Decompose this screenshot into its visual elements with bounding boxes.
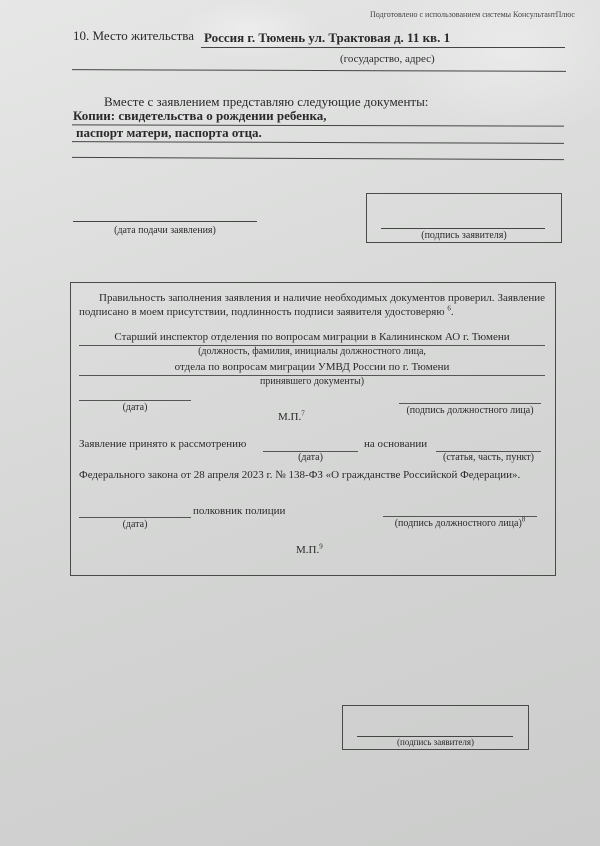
final-signature-caption: (подпись заявителя) — [343, 737, 528, 747]
position-value[interactable]: Старший инспектор отделения по вопросам … — [79, 331, 545, 343]
final-signature-box[interactable]: (подпись заявителя) — [342, 705, 529, 750]
date-line-2[interactable] — [79, 517, 191, 518]
residence-label: 10. Место жительства — [73, 28, 194, 44]
stamp-1: М.П.7 — [278, 411, 305, 423]
documents-line-2[interactable]: паспорт матери, паспорта отца. — [76, 125, 262, 141]
submission-date-line[interactable] — [73, 221, 257, 222]
applicant-signature-box[interactable]: (подпись заявителя) — [366, 193, 562, 243]
residence-caption: (государство, адрес) — [340, 53, 435, 65]
applicant-signature-caption: (подпись заявителя) — [367, 230, 561, 241]
verification-text: Правильность заполнения заявления и нали… — [79, 291, 545, 319]
documents-underline-2 — [72, 141, 564, 144]
official-signature-caption-2: (подпись должностного лица)8 — [383, 518, 537, 529]
documents-underline-3 — [72, 157, 564, 160]
applicant-signature-line — [381, 228, 545, 229]
basis-caption: (статья, часть, пункт) — [431, 452, 546, 463]
watermark: Подготовлено с использованием системы Ко… — [370, 10, 575, 19]
date-line-1[interactable] — [79, 400, 191, 401]
official-signature-line-2[interactable] — [383, 516, 537, 517]
position-caption: (должность, фамилия, инициалы должностно… — [79, 346, 545, 357]
documents-line-1[interactable]: Копии: свидетельства о рождении ребенка, — [73, 108, 327, 124]
official-section-box: Правильность заполнения заявления и нали… — [70, 282, 556, 576]
basis-label: на основании — [364, 438, 427, 450]
accepted-date-caption: (дата) — [263, 452, 358, 463]
stamp-2: М.П.9 — [296, 544, 323, 556]
residence-value[interactable]: Россия г. Тюмень ул. Трактовая д. 11 кв.… — [204, 30, 450, 46]
submission-date-caption: (дата подачи заявления) — [73, 225, 257, 236]
residence-underline — [201, 47, 565, 48]
department-caption: принявшего документы) — [79, 376, 545, 387]
department-value[interactable]: отдела по вопросам миграции УМВД России … — [79, 361, 545, 373]
official-signature-line-1[interactable] — [399, 403, 541, 404]
official-signature-caption-1: (подпись должностного лица) — [399, 405, 541, 416]
rank: полковник полиции — [193, 505, 285, 517]
accepted-label: Заявление принято к рассмотрению — [79, 438, 246, 450]
date-caption-1: (дата) — [79, 402, 191, 413]
residence-underline-2 — [72, 69, 566, 72]
law-text: Федерального закона от 28 апреля 2023 г.… — [79, 468, 545, 482]
date-caption-2: (дата) — [79, 519, 191, 530]
